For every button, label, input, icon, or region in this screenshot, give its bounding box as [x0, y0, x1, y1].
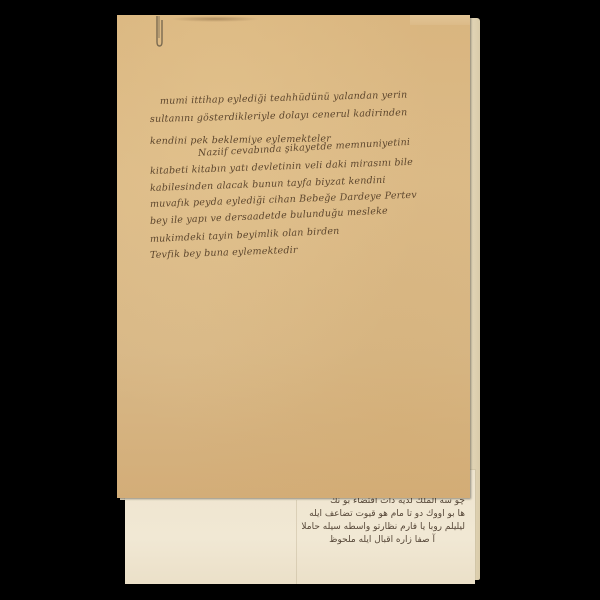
paper-clip-icon [154, 16, 164, 48]
edge-shadow [170, 16, 260, 22]
ottoman-line: ليليلم روبا يا فارم نظارتو واسطه سيله حا… [301, 522, 465, 532]
handwritten-line: Tevfik bey buna eylemektedir [150, 251, 298, 256]
fold-line [296, 500, 297, 584]
ottoman-line: آ صفا زاره اقبال ايله ملحوظ [329, 535, 435, 545]
handwritten-line: sultanını gösterdikleriyle dolayı ceneru… [150, 113, 407, 120]
handwritten-line: mumi ittihap eylediği teahhüdünü yalanda… [160, 96, 407, 102]
document-photo: چو سه الملك لديه ذات اقتضاء بو نك ها بو … [0, 0, 600, 600]
ottoman-line: ها بو اووك دو تا مام هو قيوت تضاعف ايله [309, 509, 465, 519]
corner-fold [410, 15, 470, 25]
